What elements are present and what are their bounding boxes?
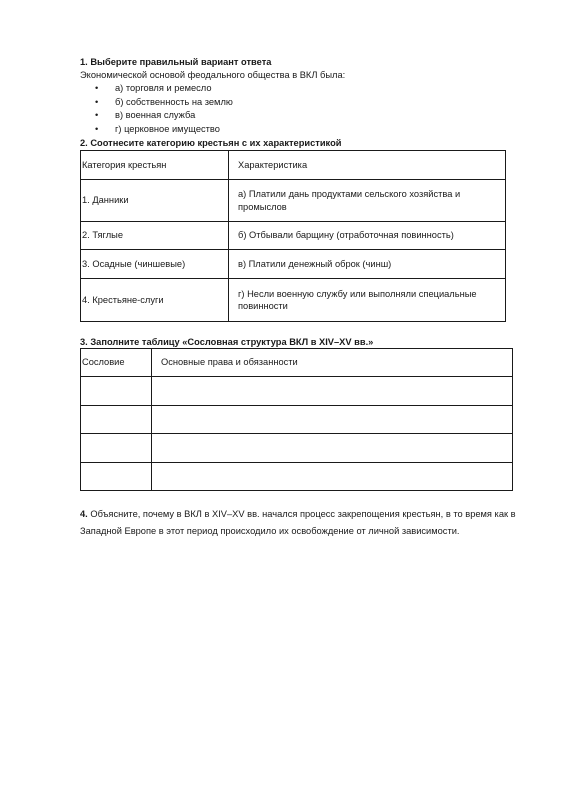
option-label: г) церковное имущество [115,123,220,136]
estate-input-cell[interactable] [81,377,152,406]
category-cell: 1. Данники [81,180,229,222]
characteristic-cell: в) Платили денежный оброк (чинш) [229,250,506,279]
category-cell: 2. Тяглые [81,222,229,250]
table-row: 1. Данники а) Платили дань продуктами се… [81,180,506,222]
q3-fill-table: Сословие Основные права и обязанности [80,348,513,491]
table-row [81,434,513,463]
bullet-icon: • [95,123,98,136]
q4-number: 4. [80,509,88,519]
table-header-row: Категория крестьян Характеристика [81,151,506,180]
header-rights-duties: Основные права и обязанности [152,349,513,377]
rights-input-cell[interactable] [152,406,513,434]
rights-input-cell[interactable] [152,434,513,463]
header-characteristic: Характеристика [229,151,506,180]
table-row [81,463,513,491]
table-row: 2. Тяглые б) Отбывали барщину (отработоч… [81,222,506,250]
header-category: Категория крестьян [81,151,229,180]
rights-input-cell[interactable] [152,463,513,491]
characteristic-cell: б) Отбывали барщину (отработочная повинн… [229,222,506,250]
table-row: 4. Крестьяне-слуги г) Несли военную служ… [81,279,506,322]
estate-input-cell[interactable] [81,463,152,491]
bullet-icon: • [95,109,98,122]
q2-matching-table: Категория крестьян Характеристика 1. Дан… [80,150,506,322]
table-row [81,377,513,406]
q2-title: 2. Соотнесите категорию крестьян с их ха… [80,137,341,150]
estate-input-cell[interactable] [81,406,152,434]
category-cell: 3. Осадные (чиншевые) [81,250,229,279]
q4-text: Объясните, почему в ВКЛ в XIV–XV вв. нач… [80,509,516,536]
table-row [81,406,513,434]
header-estate: Сословие [81,349,152,377]
q1-title: 1. Выберите правильный вариант ответа [80,56,271,69]
option-label: в) военная служба [115,109,195,122]
bullet-icon: • [95,96,98,109]
characteristic-cell: г) Несли военную службу или выполняли сп… [229,279,506,322]
table-header-row: Сословие Основные права и обязанности [81,349,513,377]
category-cell: 4. Крестьяне-слуги [81,279,229,322]
table-row: 3. Осадные (чиншевые) в) Платили денежны… [81,250,506,279]
characteristic-cell: а) Платили дань продуктами сельского хоз… [229,180,506,222]
option-label: а) торговля и ремесло [115,82,212,95]
worksheet-page: 1. Выберите правильный вариант ответа Эк… [0,0,566,800]
q1-prompt: Экономической основой феодального общест… [80,69,345,82]
option-label: б) собственность на землю [115,96,233,109]
rights-input-cell[interactable] [152,377,513,406]
bullet-icon: • [95,82,98,95]
estate-input-cell[interactable] [81,434,152,463]
q4-question: 4. Объясните, почему в ВКЛ в XIV–XV вв. … [80,506,530,540]
